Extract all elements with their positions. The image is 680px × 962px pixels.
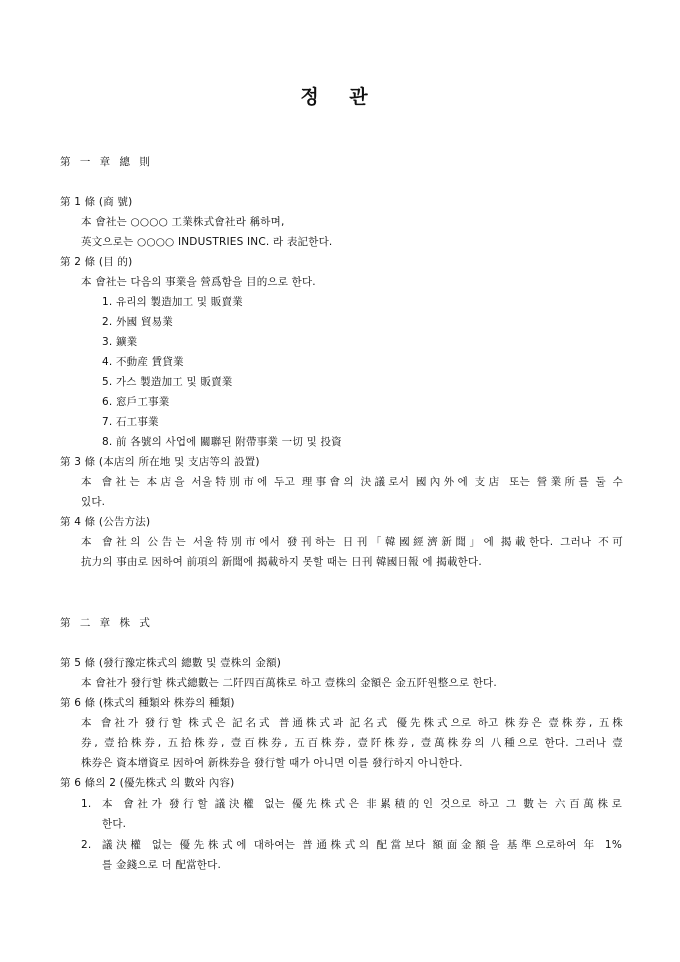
article-4-line-1: 本 會社의 公告는 서울特別市에서 發刊하는 日刊「韓國經濟新聞」에 揭載한다.… bbox=[81, 535, 623, 549]
article-1-line-1: 本 會社는 ○○○○ 工業株式會社라 稱하며, bbox=[81, 215, 285, 229]
chapter-2-heading: 第 二 章 株 式 bbox=[60, 616, 153, 630]
article-6-2-item-2-line-1: 議決權 없는 優先株式에 대하여는 普通株式의 配當보다 額面金額을 基準으로하… bbox=[102, 838, 622, 852]
article-6-2-item-1-line-2: 한다. bbox=[102, 817, 126, 831]
article-2-item-6: 6. 窓戶工事業 bbox=[102, 395, 169, 409]
article-1-line-2: 英文으로는 ○○○○ INDUSTRIES INC. 라 表記한다. bbox=[81, 235, 332, 249]
article-6-2-item-2-number: 2. bbox=[81, 838, 91, 852]
document-title: 정 관 bbox=[0, 82, 680, 109]
article-3-heading: 第 3 條 (本店의 所在地 및 支店等의 設置) bbox=[60, 455, 260, 469]
article-2-item-5: 5. 가스 製造加工 및 販賣業 bbox=[102, 375, 233, 389]
article-5-line-1: 本 會社가 發行할 株式總數는 二阡四百萬株로 하고 壹株의 金額은 金五阡원整… bbox=[81, 676, 497, 690]
document-page: 정 관 第 一 章 總 則 第 1 條 (商 號) 本 會社는 ○○○○ 工業株… bbox=[0, 0, 680, 962]
article-6-line-1: 本 會社가 發行할 株式은 記名式 普通株式과 記名式 優先株式으로 하고 株券… bbox=[81, 716, 623, 730]
article-2-item-4: 4. 不動産 賃貸業 bbox=[102, 355, 184, 369]
article-6-2-item-1-number: 1. bbox=[81, 797, 91, 811]
article-2-item-3: 3. 鑛業 bbox=[102, 335, 137, 349]
article-2-item-1: 1. 유리의 製造加工 및 販賣業 bbox=[102, 295, 243, 309]
article-2-heading: 第 2 條 (目 的) bbox=[60, 255, 132, 269]
article-2-item-2: 2. 外國 貿易業 bbox=[102, 315, 173, 329]
article-3-line-2: 있다. bbox=[81, 495, 105, 509]
article-6-2-heading: 第 6 條의 2 (優先株式 의 數와 內容) bbox=[60, 776, 234, 790]
chapter-1-heading: 第 一 章 總 則 bbox=[60, 155, 153, 169]
article-5-heading: 第 5 條 (發行豫定株式의 總數 및 壹株의 金額) bbox=[60, 656, 281, 670]
article-6-2-item-1-line-1: 本 會社가 發行할 議決權 없는 優先株式은 非累積的인 것으로 하고 그 數는… bbox=[102, 797, 622, 811]
article-4-heading: 第 4 條 (公告方法) bbox=[60, 515, 150, 529]
article-6-line-2: 券, 壹拾株券, 五拾株券, 壹百株券, 五百株券, 壹阡株券, 壹萬株券의 八… bbox=[81, 736, 623, 750]
article-1-heading: 第 1 條 (商 號) bbox=[60, 195, 132, 209]
article-6-heading: 第 6 條 (株式의 種類와 株券의 種類) bbox=[60, 696, 235, 710]
article-6-2-item-2-line-2: 를 金錢으로 더 配當한다. bbox=[102, 858, 221, 872]
article-4-line-2: 抗力의 事由로 因하여 前項의 新聞에 揭載하지 못할 때는 日刊 韓國日報 에… bbox=[81, 555, 482, 569]
article-6-line-3: 株券은 資本增資로 因하여 新株券을 發行할 때가 아니면 이를 發行하지 아니… bbox=[81, 756, 463, 770]
article-2-item-7: 7. 石工事業 bbox=[102, 415, 159, 429]
article-2-item-8: 8. 前 各號의 사업에 關聯된 附帶事業 一切 및 投資 bbox=[102, 435, 342, 449]
article-3-line-1: 本 會社는 本店을 서울特別市에 두고 理事會의 決議로서 國內外에 支店 또는… bbox=[81, 475, 623, 489]
article-2-intro: 本 會社는 다음의 事業을 營爲함을 目的으로 한다. bbox=[81, 275, 316, 289]
